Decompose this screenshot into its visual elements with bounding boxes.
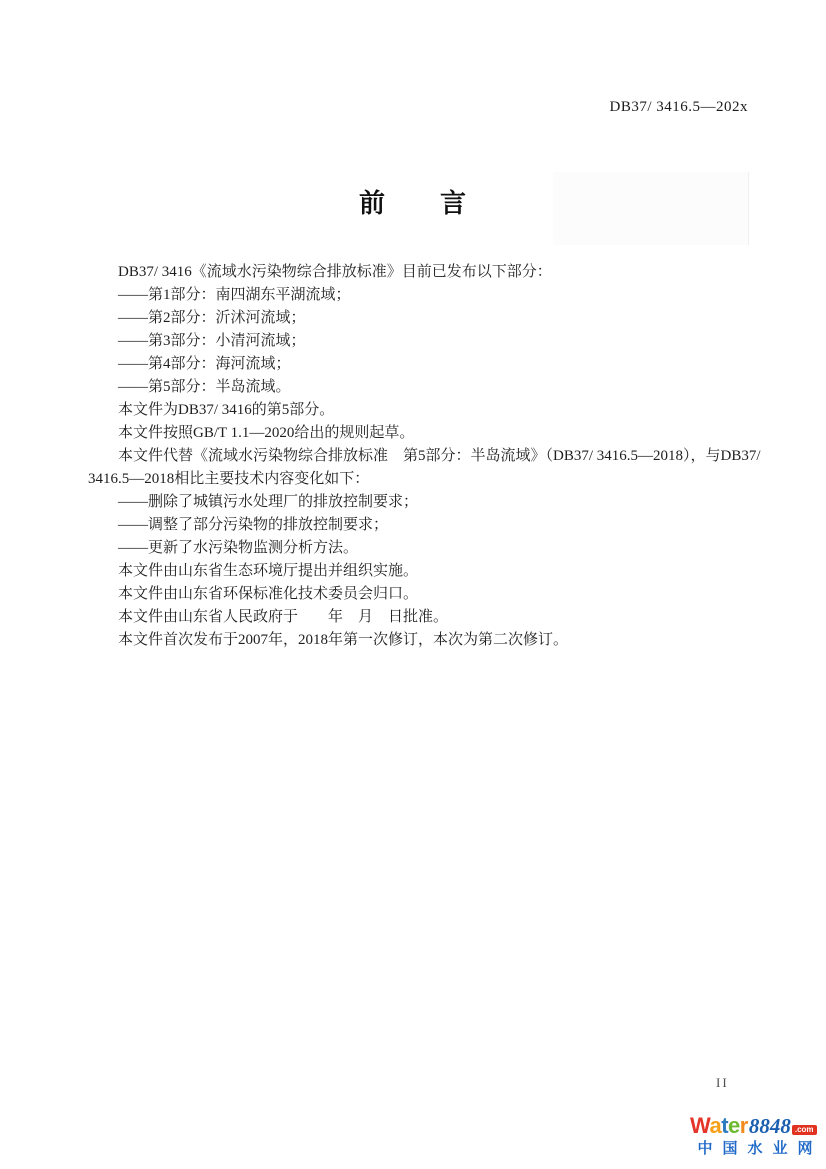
paragraph-line: 本文件由山东省生态环境厅提出并组织实施。 <box>88 560 761 583</box>
logo-wordmark: Water <box>690 1115 748 1137</box>
logo-letter: W <box>690 1113 709 1138</box>
paragraph-line: ——第5部分：半岛流域。 <box>88 376 761 399</box>
paragraph-line: ——第2部分：沂沭河流域； <box>88 307 761 330</box>
logo-letter: a <box>709 1113 721 1138</box>
paragraph-line: 本文件首次发布于2007年，2018年第一次修订，本次为第二次修订。 <box>88 629 761 652</box>
page-number: II <box>716 1075 729 1091</box>
paragraph-line: ——第4部分：海河流域； <box>88 353 761 376</box>
paragraph-line: 本文件按照GB/T 1.1—2020给出的规则起草。 <box>88 422 761 445</box>
paragraph-line: ——调整了部分污染物的排放控制要求； <box>88 514 761 537</box>
paragraph-line: ——删除了城镇污水处理厂的排放控制要求； <box>88 491 761 514</box>
foreword-body: DB37/ 3416《流域水污染物综合排放标准》目前已发布以下部分：——第1部分… <box>88 261 761 652</box>
paragraph-line: ——更新了水污染物监测分析方法。 <box>88 537 761 560</box>
logo-letter: r <box>740 1113 748 1138</box>
logo-number: 8848 <box>749 1116 791 1137</box>
paragraph-line: 3416.5—2018相比主要技术内容变化如下： <box>88 468 761 491</box>
paragraph-line: DB37/ 3416《流域水污染物综合排放标准》目前已发布以下部分： <box>88 261 761 284</box>
logo-row: Water 8848 .com <box>690 1115 820 1137</box>
paragraph-line: 本文件由山东省人民政府于 年 月 日批准。 <box>88 606 761 629</box>
logo-subtitle: 中国水业网 <box>690 1141 826 1156</box>
watermark-logo: Water 8848 .com 中国水业网 <box>690 1115 820 1156</box>
paragraph-line: ——第1部分：南四湖东平湖流域； <box>88 284 761 307</box>
logo-com-badge: .com <box>792 1125 817 1135</box>
paragraph-line: 本文件为DB37/ 3416的第5部分。 <box>88 399 761 422</box>
page-title: 前 言 <box>0 183 826 220</box>
paragraph-line: 本文件由山东省环保标准化技术委员会归口。 <box>88 583 761 606</box>
logo-letter: e <box>728 1113 740 1138</box>
standard-code-header: DB37/ 3416.5—202x <box>609 99 748 116</box>
logo-letter: t <box>721 1113 728 1138</box>
paragraph-line: 本文件代替《流域水污染物综合排放标准 第5部分：半岛流域》（DB37/ 3416… <box>88 445 761 468</box>
paragraph-line: ——第3部分：小清河流域； <box>88 330 761 353</box>
document-page: { "header": { "standard_code": "DB37/ 34… <box>0 0 826 1169</box>
